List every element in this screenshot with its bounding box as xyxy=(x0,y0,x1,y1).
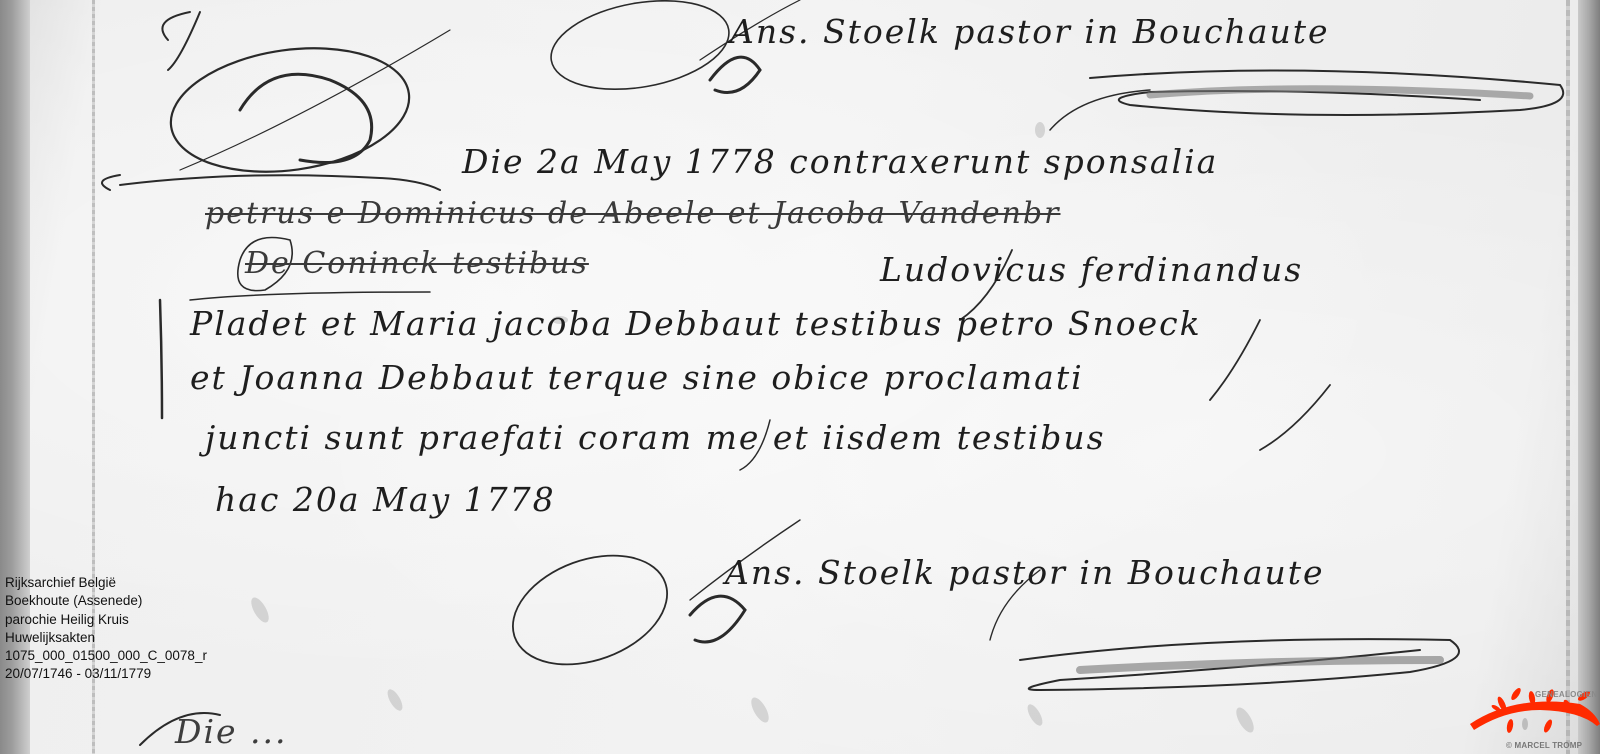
caption-record-type: Huwelijksakten xyxy=(5,629,207,647)
entry-line-2-struck: petrus e Dominicus de Abeele et Jacoba V… xyxy=(205,196,1060,231)
entry-line-3: Ludovicus ferdinandus xyxy=(880,250,1303,289)
watermark-top-text: GENEALOGIEN xyxy=(1535,690,1597,699)
caption-inventory-id: 1075_000_01500_000_C_0078_r xyxy=(5,647,207,665)
signature-bottom: Ans. Stoelk pastor in Bouchaute xyxy=(725,553,1325,592)
entry-line-6: juncti sunt praefati coram me et iisdem … xyxy=(205,418,1106,457)
caption-place: Boekhoute (Assenede) xyxy=(5,592,207,610)
entry-line-4: Pladet et Maria jacoba Debbaut testibus … xyxy=(190,304,1202,343)
archive-caption: Rijksarchief België Boekhoute (Assenede)… xyxy=(5,574,207,684)
entry-line-5: et Joanna Debbaut terque sine obice proc… xyxy=(190,358,1084,397)
entry-line-1: Die 2a May 1778 contraxerunt sponsalia xyxy=(462,142,1218,181)
page-right-edge xyxy=(1578,0,1600,754)
signature-top: Ans. Stoelk pastor in Bouchaute xyxy=(730,12,1330,51)
entry-line-3-struck: De Coninck testibus xyxy=(245,246,589,281)
watermark-copyright-text: © MARCEL TROMP xyxy=(1506,741,1582,750)
scanned-register-page: Ans. Stoelk pastor in Bouchaute Die 2a M… xyxy=(0,0,1600,754)
caption-date-range: 20/07/1746 - 03/11/1779 xyxy=(5,665,207,683)
page-right-fold-line xyxy=(1566,0,1570,754)
entry-line-1-text: Die 2a May 1778 contraxerunt sponsalia xyxy=(462,142,1218,181)
caption-parish: parochie Heilig Kruis xyxy=(5,611,207,629)
entry-line-7: hac 20a May 1778 xyxy=(215,480,556,519)
next-entry-start: Die ... xyxy=(175,712,288,751)
caption-archive: Rijksarchief België xyxy=(5,574,207,592)
